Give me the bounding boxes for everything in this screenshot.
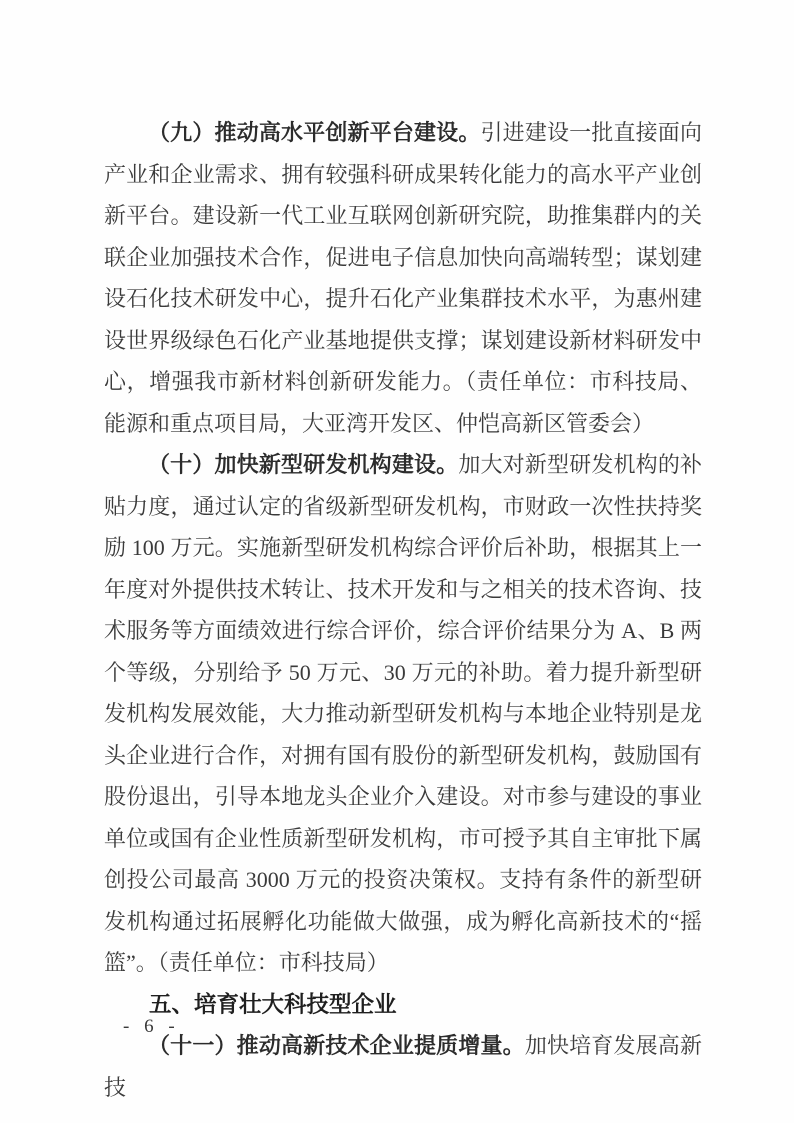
document-page: （九）推动高水平创新平台建设。引进建设一批直接面向产业和企业需求、拥有较强科研成… <box>0 0 794 1123</box>
clause-10-paragraph: （十）加快新型研发机构建设。加大对新型研发机构的补贴力度，通过认定的省级新型研发… <box>104 444 702 984</box>
clause-9-lead: （九）推动高水平创新平台建设。 <box>148 120 480 145</box>
section-5-heading: 五、培育壮大科技型企业 <box>104 984 702 1026</box>
document-body: （九）推动高水平创新平台建设。引进建设一批直接面向产业和企业需求、拥有较强科研成… <box>104 112 702 1108</box>
clause-9-paragraph: （九）推动高水平创新平台建设。引进建设一批直接面向产业和企业需求、拥有较强科研成… <box>104 112 702 444</box>
clause-9-text: 引进建设一批直接面向产业和企业需求、拥有较强科研成果转化能力的高水平产业创新平台… <box>104 120 702 436</box>
clause-11-lead: （十一）推动高新技术企业提质增量。 <box>148 1033 525 1058</box>
page-number: - 6 - <box>123 1013 180 1041</box>
clause-11-paragraph: （十一）推动高新技术企业提质增量。加快培育发展高新技 <box>104 1025 702 1108</box>
clause-10-lead: （十）加快新型研发机构建设。 <box>148 452 458 477</box>
clause-10-text: 加大对新型研发机构的补贴力度，通过认定的省级新型研发机构，市财政一次性扶持奖励 … <box>104 452 702 975</box>
